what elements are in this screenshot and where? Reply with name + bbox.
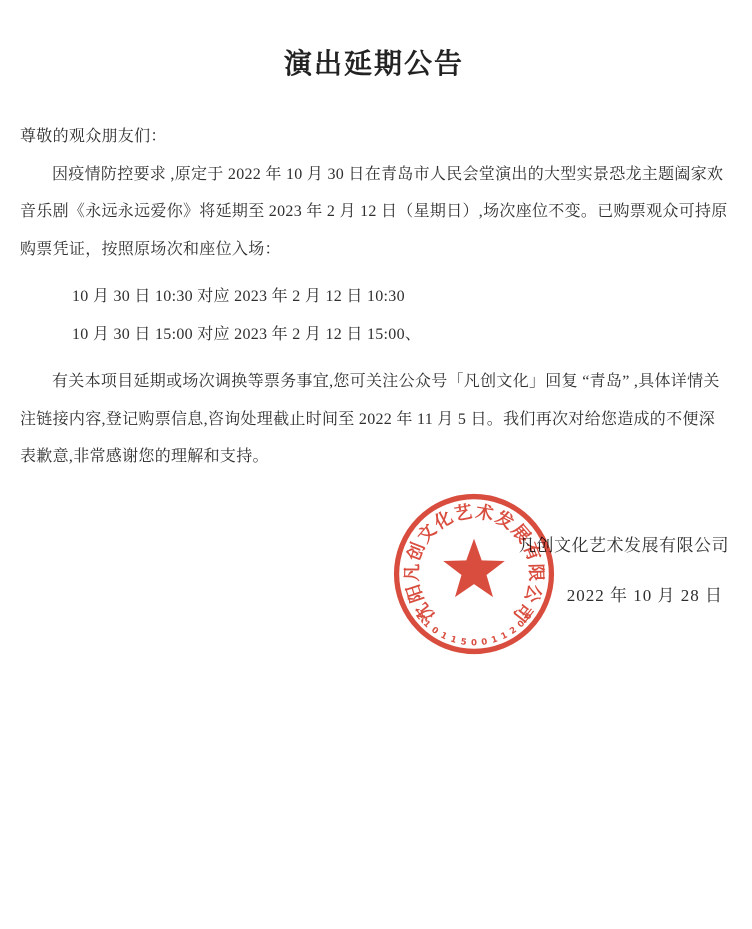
svg-text:化: 化: [430, 507, 456, 534]
paragraph-postponement: 因疫情防控要求 ,原定于 2022 年 10 月 30 日在青岛市人民会堂演出的…: [20, 156, 728, 269]
svg-text:1: 1: [500, 631, 510, 643]
svg-text:凡: 凡: [402, 563, 422, 581]
signature-company: 凡创文化艺术发展有限公司: [519, 531, 729, 556]
svg-text:1: 1: [421, 619, 432, 630]
svg-text:5: 5: [460, 637, 467, 648]
svg-text:1: 1: [449, 635, 458, 646]
svg-text:公: 公: [521, 582, 546, 605]
svg-text:0: 0: [481, 637, 488, 648]
svg-text:文: 文: [413, 519, 441, 546]
svg-text:沈: 沈: [411, 599, 439, 626]
svg-text:艺: 艺: [453, 501, 474, 524]
svg-text:司: 司: [510, 599, 537, 625]
svg-text:限: 限: [526, 563, 546, 581]
svg-text:2: 2: [414, 611, 426, 622]
svg-text:术: 术: [473, 500, 495, 524]
paragraph-contact: 有关本项目延期或场次调换等票务事宜,您可关注公众号「凡创文化」回复 “青岛” ,…: [20, 363, 728, 476]
svg-text:发: 发: [491, 505, 518, 533]
svg-text:2: 2: [508, 625, 519, 637]
document-body: 演出延期公告 尊敬的观众朋友们： 因疫情防控要求 ,原定于 2022 年 10 …: [0, 0, 752, 476]
svg-text:0: 0: [516, 619, 527, 630]
schedule-line-2: 10 月 30 日 15:00 对应 2023 年 2 月 12 日 15:00…: [20, 316, 728, 354]
schedule-line-1: 10 月 30 日 10:30 对应 2023 年 2 月 12 日 10:30: [20, 278, 728, 316]
svg-text:0: 0: [471, 638, 477, 648]
svg-text:1: 1: [490, 635, 499, 646]
body-text: 尊敬的观众朋友们： 因疫情防控要求 ,原定于 2022 年 10 月 30 日在…: [20, 118, 728, 476]
signature-date: 2022 年 10 月 28 日: [567, 581, 723, 606]
company-seal-graphic: 沈阳凡创文化艺术发展有限公司2101150011206: [391, 491, 557, 657]
svg-text:创: 创: [402, 539, 428, 564]
svg-text:0: 0: [429, 625, 440, 637]
svg-text:1: 1: [439, 631, 449, 643]
svg-text:6: 6: [523, 611, 535, 622]
company-seal: 沈阳凡创文化艺术发展有限公司2101150011206: [391, 491, 557, 657]
salutation: 尊敬的观众朋友们：: [20, 118, 728, 156]
red-star: [443, 539, 505, 598]
svg-text:阳: 阳: [403, 582, 428, 605]
announcement-document: 演出延期公告 尊敬的观众朋友们： 因疫情防控要求 ,原定于 2022 年 10 …: [0, 0, 752, 929]
document-title: 演出延期公告: [20, 42, 728, 82]
